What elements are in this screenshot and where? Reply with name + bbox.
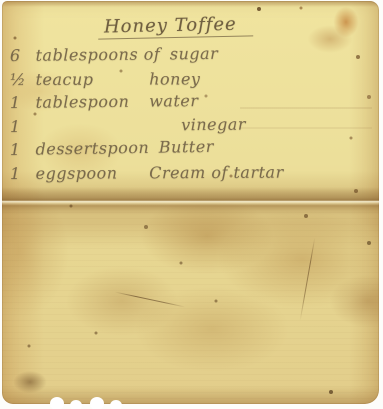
ingredient-list: 6 tablespoons of sugar ½ teacup honey 1 … — [10, 46, 375, 187]
torn-edge-notch — [70, 400, 82, 409]
ingredient-amount: 1 — [10, 140, 30, 159]
ingredient-line: 6 tablespoons of sugar — [10, 42, 375, 69]
recipe-title: Honey Toffee — [98, 13, 253, 39]
ingredient-name: water — [149, 91, 198, 111]
ingredient-amount: 1 — [10, 93, 30, 112]
ingredient-amount: 1 — [10, 116, 30, 135]
ingredient-name: Butter — [159, 137, 214, 157]
torn-edge-notch — [90, 397, 104, 409]
ingredient-unit: teacup — [36, 69, 140, 88]
torn-edge-notch — [50, 397, 64, 409]
paper-texture — [2, 206, 379, 402]
ingredient-unit: tablespoon — [35, 92, 139, 112]
ingredient-amount: 6 — [10, 46, 30, 65]
fold-crease — [2, 187, 379, 215]
ingredient-unit: tablespoons of — [35, 44, 160, 64]
title-row: Honey Toffee — [2, 15, 349, 38]
ingredient-unit: dessertspoon — [35, 138, 149, 159]
ingredient-unit — [36, 130, 140, 131]
ingredient-name: sugar — [170, 44, 219, 64]
ingredient-line: 1 tablespoon water — [10, 89, 375, 116]
ingredient-name: Cream of tartar — [149, 162, 284, 182]
ingredient-unit: eggspoon — [36, 163, 140, 183]
ingredient-name: honey — [149, 69, 200, 88]
recipe-card: Honey Toffee 6 tablespoons of sugar ½ te… — [2, 1, 379, 404]
ingredient-amount: ½ — [10, 69, 30, 88]
ingredient-amount: 1 — [10, 163, 30, 182]
torn-edge-notch — [110, 400, 122, 409]
ingredient-name: vinegar — [181, 114, 246, 134]
ingredient-line: 1 eggspoon Cream of tartar — [10, 162, 375, 187]
foxing-specks — [2, 1, 4, 3]
scan-background: Honey Toffee 6 tablespoons of sugar ½ te… — [0, 0, 383, 409]
ingredient-line: 1 dessertspoon Butter — [10, 134, 375, 163]
